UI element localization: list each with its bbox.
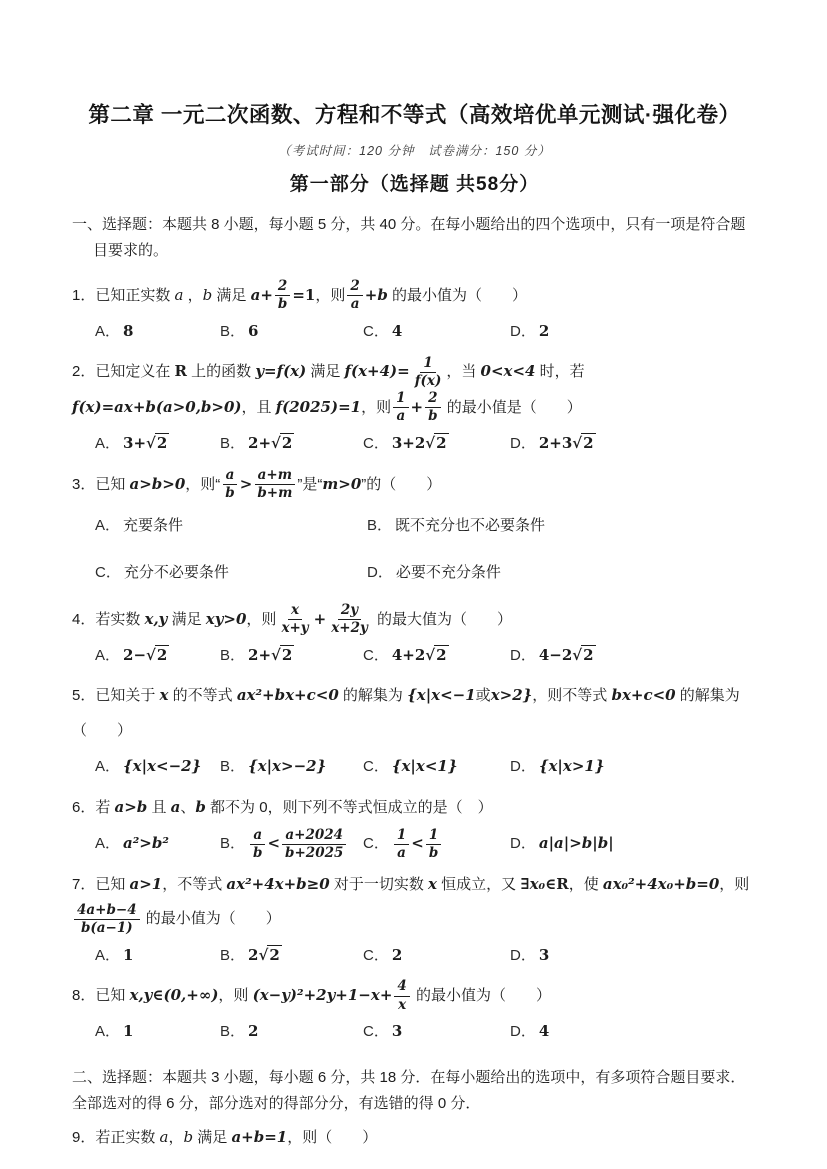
math-expr: a>b>0 (130, 475, 186, 493)
fraction-numerator: 1 (420, 356, 435, 373)
options-row: A．2−√2B．2+√2C．4+2√2D．4−2√2 (95, 639, 757, 672)
question-stem: 5．已知关于 x 的不等式 ax²+bx+c<0 的解集为 {x|x<−1或x>… (72, 678, 757, 748)
math-expr: > (240, 475, 253, 493)
text-run: 充分不必要条件 (124, 564, 229, 581)
math-num: 3 (539, 946, 549, 964)
square-root: √2 (146, 434, 169, 452)
fraction-denominator: b (275, 296, 290, 312)
option-label: C． (363, 435, 389, 452)
square-root: √2 (271, 434, 294, 452)
option-label: A． (95, 435, 120, 452)
math-expr: x,y (145, 610, 168, 628)
fraction-denominator: b (426, 845, 441, 861)
option-c: C．1a<1b (363, 827, 510, 861)
fraction: a+mb+m (254, 468, 295, 501)
square-root: √2 (425, 646, 448, 664)
text-run: 6．若 (72, 799, 115, 816)
option-c: C．2 (363, 939, 510, 972)
option-b: B．2+√2 (220, 639, 363, 672)
option-label: C． (363, 1023, 389, 1040)
fraction-numerator: a+2024 (282, 828, 346, 845)
text-run: 7．已知 (72, 876, 130, 893)
text-run: ， (168, 1129, 183, 1146)
options-row: A．{x|x<−2}B．{x|x>−2}C．{x|x<1}D．{x|x>1} (95, 750, 757, 783)
fraction-numerator: 2 (425, 391, 440, 408)
text-run: ，则 (315, 287, 345, 304)
option-d: D．2+3√2 (510, 427, 757, 460)
options-row: A．1B．2√2C．2D．3 (95, 939, 757, 972)
fraction-numerator: a+m (255, 468, 295, 485)
text-run: ，则 (719, 876, 749, 893)
radicand: 2 (581, 645, 595, 664)
fraction-numerator: 2y (338, 603, 361, 620)
option-d: D．2 (510, 315, 757, 348)
option-a: A．a²>b² (95, 827, 220, 860)
fraction-denominator: x (395, 997, 409, 1013)
fraction-denominator: b (425, 408, 440, 424)
option-d: D．{x|x>1} (510, 750, 757, 783)
text-run: 、 (180, 799, 195, 816)
text-run: 9．若正实数 (72, 1129, 160, 1146)
option-label: B． (220, 1023, 245, 1040)
option-label: A． (95, 835, 120, 852)
text-run: 满足 (193, 1129, 231, 1146)
text-run: ，当 (446, 363, 480, 380)
option-d: D．4−2√2 (510, 639, 757, 672)
fraction: 1a (393, 391, 408, 424)
question: 3．已知 a>b>0，则“ab>a+mb+m”是“m>0”的（ ）A．充要条件B… (72, 467, 757, 590)
option-label: D． (510, 323, 536, 340)
option-label: D． (510, 435, 536, 452)
math-expr: +b (365, 286, 388, 304)
option-label: A． (95, 947, 120, 964)
option-label: C． (363, 323, 389, 340)
math-num: R (175, 362, 187, 380)
math-num: 2 (248, 1022, 258, 1040)
fraction-denominator: f(x) (412, 373, 445, 389)
option-label: D． (510, 758, 536, 775)
fraction-numerator: 1 (426, 828, 441, 845)
math-expr: xy>0 (206, 610, 247, 628)
option-b: B．2+√2 (220, 427, 363, 460)
math-num: 2+ (248, 434, 271, 452)
text-run: 满足 (212, 287, 250, 304)
text-run: 4．若实数 (72, 611, 145, 628)
fraction: a+2024b+2025 (282, 828, 346, 861)
question-stem: 6．若 a>b 且 a、b 都不为 0，则下列不等式恒成立的是（ ） (72, 790, 757, 826)
square-root: √2 (271, 646, 294, 664)
option-d: D．必要不充分条件 (367, 557, 757, 589)
fraction-numerator: 2 (347, 279, 362, 296)
option-label: C． (95, 564, 121, 581)
option-label: C． (363, 835, 389, 852)
option-label: A． (95, 647, 120, 664)
square-root: √2 (258, 946, 281, 964)
square-root: √2 (425, 434, 448, 452)
question: 5．已知关于 x 的不等式 ax²+bx+c<0 的解集为 {x|x<−1或x>… (72, 678, 757, 783)
text-run: 的最小值是（ ） (443, 399, 582, 416)
section2-instructions: 二、选择题：本题共 3 小题，每小题 6 分，共 18 分．在每小题给出的选项中… (72, 1065, 757, 1117)
math-expr: {x|x<−2} (123, 757, 201, 775)
text-run: 2．已知定义在 (72, 363, 175, 380)
math-num: 6 (248, 322, 258, 340)
fraction-denominator: b (222, 485, 237, 501)
option-label: A． (95, 758, 120, 775)
question: 2．已知定义在 R 上的函数 y=f(x) 满足 f(x+4)=1f(x)，当 … (72, 354, 757, 460)
spacer (72, 268, 757, 274)
part1-heading: 第一部分（选择题 共58分） (72, 169, 757, 196)
question: 7．已知 a>1，不等式 ax²+4x+b≥0 对于一切实数 x 恒成立，又 ∃… (72, 867, 757, 972)
math-expr: x,y∈(0,+∞) (130, 986, 219, 1004)
question-stem: 1．已知正实数 a ，b 满足 a+2b=1，则2a+b 的最小值为（ ） (72, 278, 757, 314)
fraction: 1b (426, 828, 441, 861)
fraction-denominator: a (393, 408, 408, 424)
math-num: 2 (392, 946, 402, 964)
fraction-numerator: 2 (275, 279, 290, 296)
math-expr: a>b (115, 798, 148, 816)
question-stem: 4．若实数 x,y 满足 xy>0，则xx+y+2yx+2y 的最大值为（ ） (72, 602, 757, 638)
radicand: 2 (280, 433, 294, 452)
text-run: 且 (147, 799, 170, 816)
fraction-denominator: b (250, 845, 265, 861)
math-expr: m>0 (322, 475, 361, 493)
fraction-denominator: b(a−1) (78, 920, 136, 936)
text-run: 恒成立，又 (437, 876, 520, 893)
option-label: B． (220, 835, 245, 852)
option-label: B． (220, 435, 245, 452)
option-label: B． (220, 947, 245, 964)
math-num: 2+3 (539, 434, 572, 452)
question-stem: 2．已知定义在 R 上的函数 y=f(x) 满足 f(x+4)=1f(x)，当 … (72, 354, 757, 425)
option-d: D．4 (510, 1015, 757, 1048)
fraction-numerator: 1 (394, 828, 409, 845)
text-run: 的解集为 (339, 687, 407, 704)
fraction: 2b (425, 391, 440, 424)
math-expr: a|a|>b|b| (539, 834, 614, 852)
fraction-denominator: x+y (278, 620, 311, 636)
fraction: 4a+b−4b(a−1) (74, 903, 140, 936)
exam-info-line: （考试时间：120 分钟 试卷满分：150 分） (72, 141, 757, 159)
option-label: D． (367, 564, 393, 581)
spacer (72, 1055, 757, 1065)
math-num: 4 (539, 1022, 549, 1040)
text-run: 必要不充分条件 (396, 564, 501, 581)
text-run: ，使 (569, 876, 603, 893)
text-run: 的最小值为（ ） (412, 987, 551, 1004)
fraction-numerator: 4a+b−4 (74, 903, 140, 920)
text-run: 上的函数 (187, 363, 255, 380)
question: 8．已知 x,y∈(0,+∞)，则 (x−y)²+2y+1−x+4x 的最小值为… (72, 978, 757, 1049)
option-label: B． (220, 323, 245, 340)
math-num: 8 (123, 322, 133, 340)
text-run: 的不等式 (168, 687, 236, 704)
option-label: A． (95, 323, 120, 340)
text-run: 既不充分也不必要条件 (395, 517, 545, 534)
fraction-numerator: 4 (394, 979, 409, 996)
question-stem: 9．若正实数 a，b 满足 a+b=1，则（ ） (72, 1120, 757, 1156)
math-num: 2 (248, 946, 258, 964)
option-label: B． (367, 517, 392, 534)
question-list-part1: 1．已知正实数 a ，b 满足 a+2b=1，则2a+b 的最小值为（ ）A．8… (72, 278, 757, 1049)
fraction-denominator: a (394, 845, 409, 861)
fraction-denominator: x+2y (328, 620, 371, 636)
option-b: B．{x|x>−2} (220, 750, 363, 783)
question-list-part2: 9．若正实数 a，b 满足 a+b=1，则（ ） (72, 1120, 757, 1156)
question-stem: 7．已知 a>1，不等式 ax²+4x+b≥0 对于一切实数 x 恒成立，又 ∃… (72, 867, 757, 937)
text-run: ，则不等式 (532, 687, 611, 704)
math-num: 2+ (248, 646, 271, 664)
math-expr: b (195, 798, 206, 816)
option-c: C．3+2√2 (363, 427, 510, 460)
question-stem: 8．已知 x,y∈(0,+∞)，则 (x−y)²+2y+1−x+4x 的最小值为… (72, 978, 757, 1014)
math-expr: ax₀²+4x₀+b=0 (603, 875, 719, 893)
text-run: 的最大值为（ ） (373, 611, 512, 628)
math-num: R (556, 875, 568, 893)
text-run: ， (183, 287, 202, 304)
radicand: 2 (155, 645, 169, 664)
options-row: A．a²>b²B．ab<a+2024b+2025C．1a<1bD．a|a|>b|… (95, 827, 757, 861)
option-b: B．ab<a+2024b+2025 (220, 827, 363, 861)
text-run: 时，若 (536, 363, 585, 380)
fraction: ab (222, 468, 237, 501)
math-expr: a>1 (130, 875, 163, 893)
square-root: √2 (572, 434, 595, 452)
option-b: B．2√2 (220, 939, 363, 972)
option-a: A．1 (95, 939, 220, 972)
text-run: ，则（ ） (287, 1129, 377, 1146)
options-row: A．3+√2B．2+√2C．3+2√2D．2+3√2 (95, 427, 757, 460)
math-expr: + (411, 398, 424, 416)
question: 6．若 a>b 且 a、b 都不为 0，则下列不等式恒成立的是（ ）A．a²>b… (72, 790, 757, 861)
radicand: 2 (434, 433, 448, 452)
option-label: C． (363, 758, 389, 775)
math-num: 4+2 (392, 646, 425, 664)
option-label: D． (510, 647, 536, 664)
option-a: A．充要条件 (95, 510, 367, 542)
options-row: A．充要条件B．既不充分也不必要条件C．充分不必要条件D．必要不充分条件 (95, 510, 757, 590)
radicand: 2 (155, 433, 169, 452)
option-a: A．1 (95, 1015, 220, 1048)
math-num: 4 (392, 322, 402, 340)
math-expr: 0<x<4 (481, 362, 536, 380)
math-expr: + (314, 610, 327, 628)
fraction-numerator: a (223, 468, 238, 485)
math-expr: {x|x>1} (539, 757, 605, 775)
radicand: 2 (280, 645, 294, 664)
math-num: 1 (123, 1022, 133, 1040)
radicand: 2 (581, 433, 595, 452)
fraction: 2yx+2y (328, 603, 371, 636)
math-expr: bx+c<0 (611, 686, 675, 704)
fraction-numerator: a (250, 828, 265, 845)
option-label: D． (510, 947, 536, 964)
text-run: 满足 (306, 363, 344, 380)
option-label: D． (510, 1023, 536, 1040)
math-expr: a (171, 798, 181, 816)
question: 1．已知正实数 a ，b 满足 a+2b=1，则2a+b 的最小值为（ ）A．8… (72, 278, 757, 349)
option-label: A． (95, 517, 120, 534)
fraction: 2b (275, 279, 290, 312)
fraction-denominator: b+m (254, 485, 295, 501)
text-run: ，则 (218, 987, 252, 1004)
math-num: =1 (292, 286, 315, 304)
square-root: √2 (146, 646, 169, 664)
option-label: A． (95, 1023, 120, 1040)
text-run: 满足 (167, 611, 205, 628)
option-label: C． (363, 947, 389, 964)
math-expr: < (267, 834, 280, 852)
document-page: 第二章 一元二次函数、方程和不等式（高效培优单元测试·强化卷） （考试时间：12… (0, 0, 827, 1169)
option-b: B．2 (220, 1015, 363, 1048)
text-run: 都不为 0，则下列不等式恒成立的是（ ） (206, 799, 493, 816)
math-num: 2− (123, 646, 146, 664)
option-a: A．3+√2 (95, 427, 220, 460)
option-a: A．2−√2 (95, 639, 220, 672)
text-run: 3．已知 (72, 476, 130, 493)
fraction-numerator: 1 (393, 391, 408, 408)
option-label: B． (220, 647, 245, 664)
math-num: 1 (123, 946, 133, 964)
math-num: 2 (539, 322, 549, 340)
math-var: b (203, 286, 213, 304)
option-c: C．4 (363, 315, 510, 348)
option-c: C．充分不必要条件 (95, 557, 367, 589)
option-d: D．a|a|>b|b| (510, 827, 757, 860)
option-a: A．{x|x<−2} (95, 750, 220, 783)
option-label: D． (510, 835, 536, 852)
section1-instructions: 一、选择题：本题共 8 小题，每小题 5 分，共 40 分。在每小题给出的四个选… (72, 212, 757, 264)
text-run: ，则 (361, 399, 391, 416)
option-b: B．既不充分也不必要条件 (367, 510, 757, 542)
option-label: B． (220, 758, 245, 775)
text-run: ，则“ (185, 476, 220, 493)
math-expr: (x−y)²+2y+1−x+ (253, 986, 393, 1004)
text-run: 的最小值为（ ） (388, 287, 527, 304)
math-expr: f(x)=ax+b(a>0,b>0) (72, 398, 242, 416)
text-run: 8．已知 (72, 987, 130, 1004)
math-expr: y=f(x) (255, 362, 306, 380)
math-expr: ax²+bx+c<0 (237, 686, 339, 704)
math-num: 4−2 (539, 646, 572, 664)
radicand: 2 (267, 945, 281, 964)
math-expr: a²>b² (123, 834, 169, 852)
math-num: 3 (392, 1022, 402, 1040)
math-num: 3+2 (392, 434, 425, 452)
math-num: 3+ (123, 434, 146, 452)
math-expr: a+ (251, 286, 273, 304)
math-expr: ax²+4x+b≥0 (226, 875, 329, 893)
text-run: 5．已知关于 (72, 687, 160, 704)
options-row: A．1B．2C．3D．4 (95, 1015, 757, 1048)
math-expr: {x|x>−2} (248, 757, 326, 775)
fraction: ab (250, 828, 265, 861)
text-run: 1．已知正实数 (72, 287, 175, 304)
fraction: xx+y (278, 603, 311, 636)
fraction: 1a (394, 828, 409, 861)
option-label: C． (363, 647, 389, 664)
text-run: 的最小值为（ ） (142, 910, 281, 927)
math-expr: < (411, 834, 424, 852)
option-b: B．6 (220, 315, 363, 348)
math-expr: a+b=1 (231, 1128, 287, 1146)
math-expr: x (428, 875, 437, 893)
math-expr: {x|x<−1 (407, 686, 476, 704)
math-expr: f(x+4)= (345, 362, 410, 380)
fraction-numerator: x (288, 603, 302, 620)
page-title: 第二章 一元二次函数、方程和不等式（高效培优单元测试·强化卷） (72, 98, 757, 129)
text-run: ，且 (242, 399, 276, 416)
option-c: C．4+2√2 (363, 639, 510, 672)
option-d: D．3 (510, 939, 757, 972)
fraction: 1f(x) (412, 356, 445, 389)
math-expr: {x|x<1} (392, 757, 458, 775)
text-run: ，不等式 (162, 876, 226, 893)
fraction-denominator: a (348, 296, 363, 312)
fraction: 4x (394, 979, 409, 1012)
square-root: √2 (572, 646, 595, 664)
text-run: ”是“ (297, 476, 322, 493)
text-run: 或 (476, 687, 491, 704)
math-expr: f(2025)=1 (276, 398, 361, 416)
math-expr: x>2} (491, 686, 533, 704)
option-a: A．8 (95, 315, 220, 348)
text-run: 充要条件 (123, 517, 183, 534)
question: 4．若实数 x,y 满足 xy>0，则xx+y+2yx+2y 的最大值为（ ）A… (72, 602, 757, 673)
question-stem: 3．已知 a>b>0，则“ab>a+mb+m”是“m>0”的（ ） (72, 467, 757, 503)
option-c: C．{x|x<1} (363, 750, 510, 783)
question: 9．若正实数 a，b 满足 a+b=1，则（ ） (72, 1120, 757, 1156)
radicand: 2 (434, 645, 448, 664)
fraction: 2a (347, 279, 362, 312)
options-row: A．8B．6C．4D．2 (95, 315, 757, 348)
text-run: ”的（ ） (361, 476, 441, 493)
option-c: C．3 (363, 1015, 510, 1048)
fraction-denominator: b+2025 (282, 845, 346, 861)
text-run: ，则 (246, 611, 276, 628)
math-var: b (183, 1128, 193, 1146)
math-expr: ∃x₀∈ (520, 875, 556, 893)
text-run: 对于一切实数 (330, 876, 428, 893)
